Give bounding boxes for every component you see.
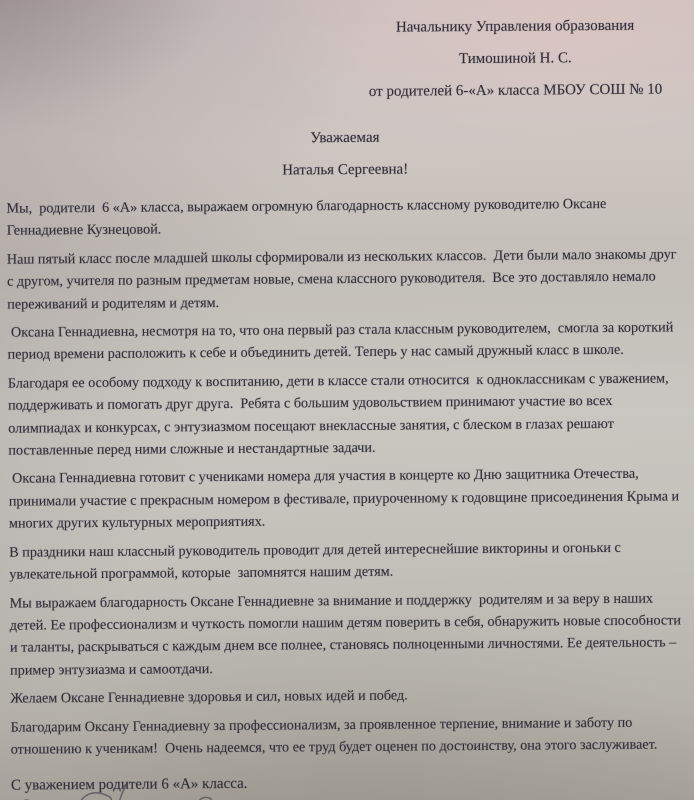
recipient-line-3: от родителей 6-«А» класса МБОУ СОШ № 10 xyxy=(360,79,672,102)
recipient-line-1: Начальнику Управления образования xyxy=(359,15,671,38)
paragraph-class-formation: Наш пятый класс после младшей школы сфор… xyxy=(7,243,686,316)
paragraph-gratitude-intro: Мы, родители 6 «А» класса, выражаем огро… xyxy=(6,192,684,242)
letter-sheet: Начальнику Управления образования Тимоши… xyxy=(0,0,694,800)
recipient-line-2: Тимошиной Н. С. xyxy=(359,47,671,70)
salutation-line-2: Наталья Сергеевна! xyxy=(6,157,684,183)
paragraph-teacher-united: Оксана Геннадиевна, несмотря на то, что … xyxy=(7,316,685,366)
paragraph-upbringing: Благодаря ее особому подходу к воспитани… xyxy=(8,367,687,462)
salutation-line-1: Уважаемая xyxy=(6,125,684,151)
paragraph-final-thanks: Благодарим Оксану Геннадиевну за професс… xyxy=(10,711,688,761)
paragraph-wishes: Желаем Оксане Геннадиевне здоровья и сил… xyxy=(10,682,688,710)
paragraph-holidays: В праздники наш классный руководитель пр… xyxy=(9,536,687,586)
letter-body: Мы, родители 6 «А» класса, выражаем огро… xyxy=(6,192,688,761)
paragraph-professionalism: Мы выражаем благодарность Оксане Геннади… xyxy=(9,587,688,682)
recipient-block: Начальнику Управления образования Тимоши… xyxy=(359,15,672,102)
salutation-block: Уважаемая Наталья Сергеевна! xyxy=(6,125,684,183)
paragraph-concerts: Оксана Геннадиевна готовит с учениками н… xyxy=(9,463,688,536)
handwritten-signatures xyxy=(0,782,420,800)
